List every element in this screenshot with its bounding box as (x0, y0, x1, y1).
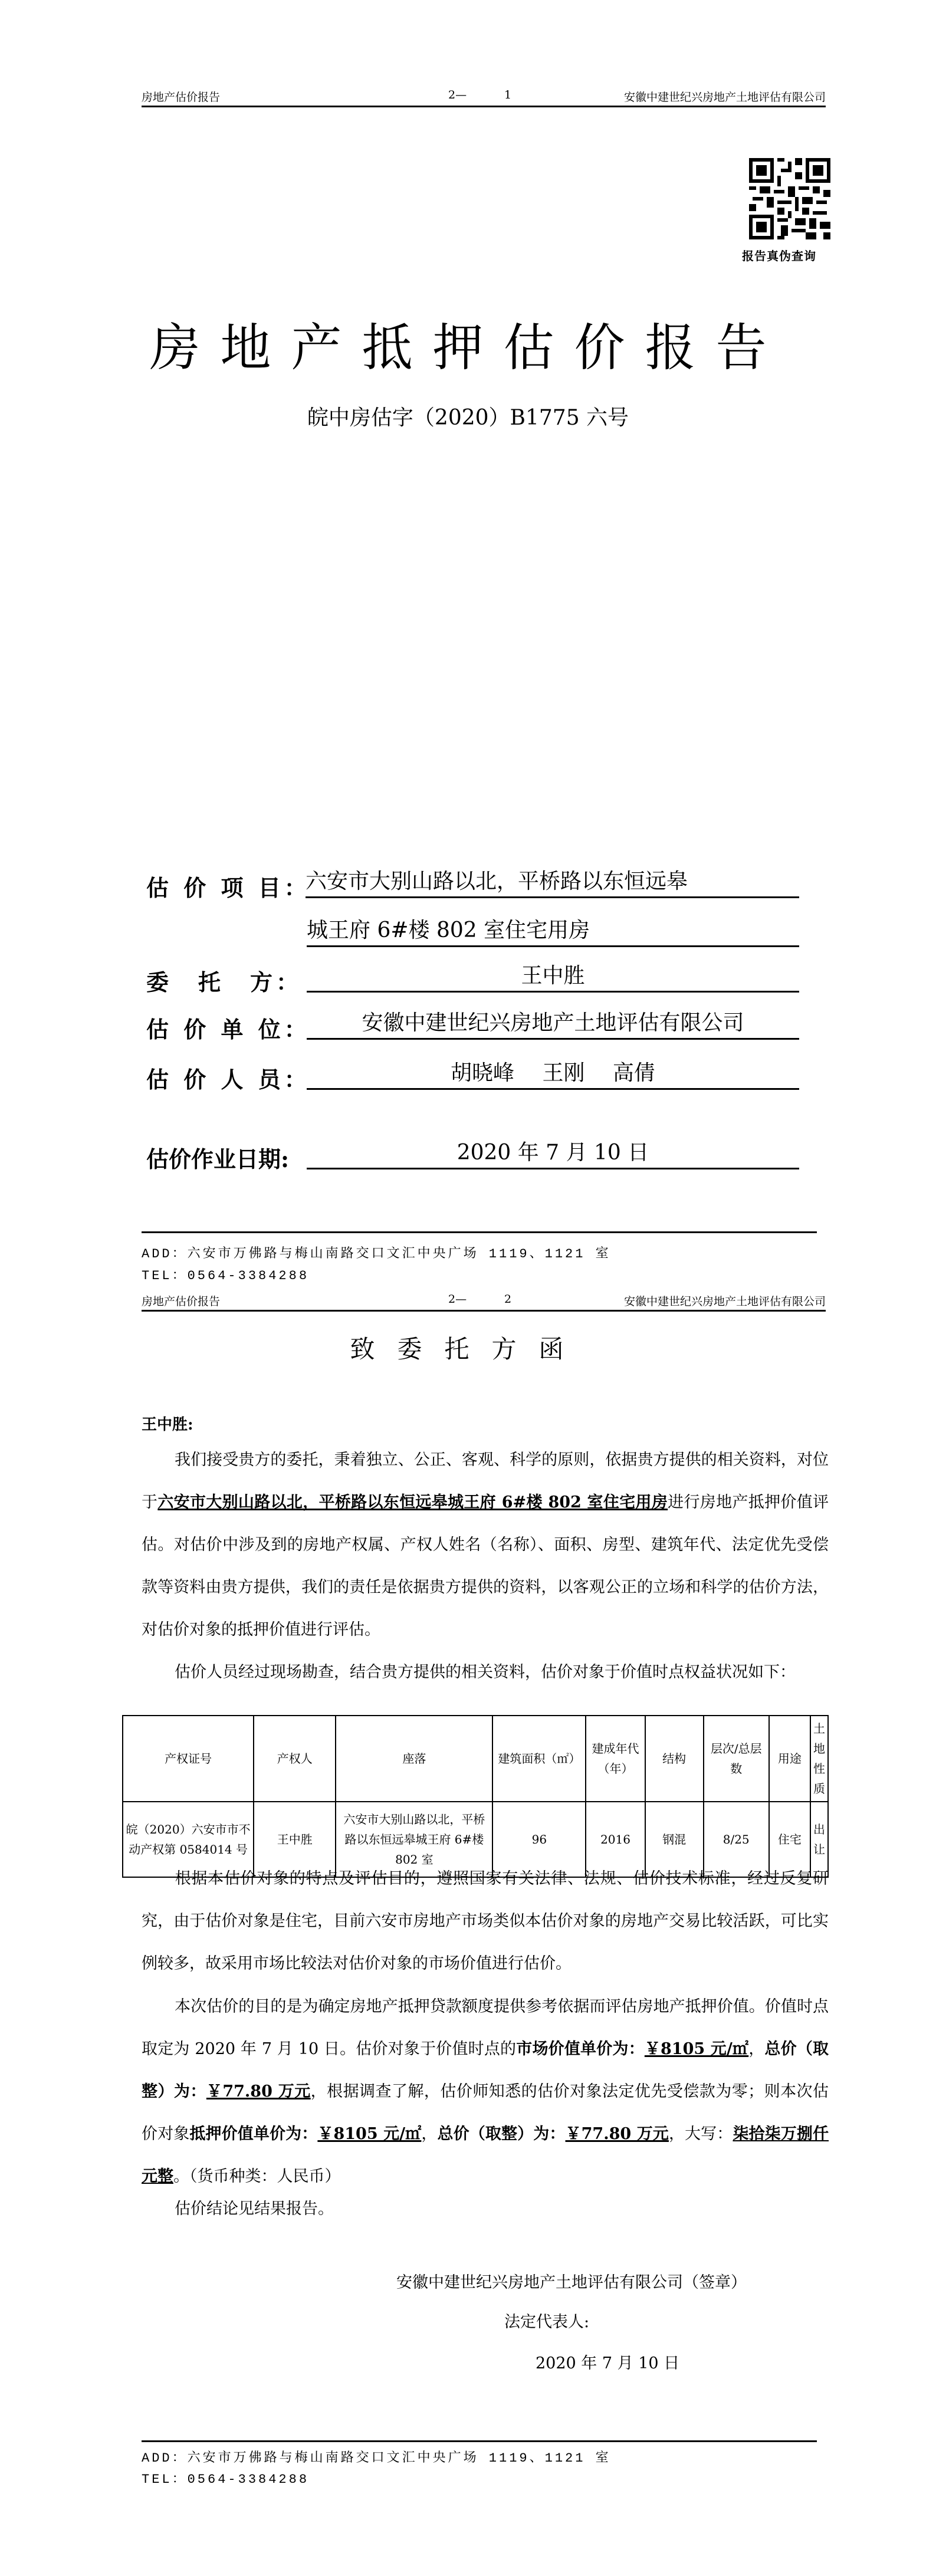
field-label-date: 估价作业日期: (146, 1141, 289, 1174)
header-rule (142, 106, 826, 107)
report-title: 房地产抵押估价报告 (0, 307, 936, 380)
header-company: 安徽中建世纪兴房地产土地评估有限公司 (624, 1293, 826, 1309)
header-page-prefix: 2— (448, 1293, 467, 1306)
mortgage-unit-price: ￥8105 元/㎡ (317, 2125, 421, 2143)
header-rule (142, 1310, 826, 1312)
field-value-date: 2020 年 7 月 10 日 (307, 1138, 799, 1169)
letter-paragraph-5: 估价结论见结果报告。 (142, 2188, 829, 2230)
letter-paragraph-4: 本次估价的目的是为确定房地产抵押贷款额度提供参考依据而评估房地产抵押价值。价值时… (142, 1986, 829, 2198)
header-page-prefix: 2— (448, 88, 467, 101)
page-header: 房地产估价报告 2— 2 安徽中建世纪兴房地产土地评估有限公司 (142, 1290, 826, 1312)
field-label-appraiser-unit: 估 价 单 位： (146, 1011, 310, 1044)
footer-tel: TEL：0564-3384288 (142, 1265, 309, 1283)
header-report-type: 房地产估价报告 (142, 1293, 220, 1309)
col-owner: 产权人 (254, 1716, 336, 1802)
field-label-project: 估 价 项 目： (146, 870, 310, 902)
footer-address: ADD：六安市万佛路与梅山南路交口文汇中央广场 1119、1121 室 (142, 2447, 611, 2466)
col-structure: 结构 (645, 1716, 704, 1802)
footer-rule (142, 2440, 817, 2442)
qr-code-icon[interactable] (749, 158, 830, 239)
col-floor: 层次/总层数 (704, 1716, 769, 1802)
signature-company: 安徽中建世纪兴房地产土地评估有限公司（签章） (396, 2269, 747, 2292)
col-floor-area: 建筑面积（㎡） (492, 1716, 586, 1802)
letter-paragraph-2: 估价人员经过现场勘查，结合贵方提供的相关资料，估价对象于价值时点权益状况如下： (142, 1651, 829, 1694)
report-number: 皖中房估字（2020）B1775 六号 (0, 401, 936, 431)
field-value-appraisers: 胡晓峰 王刚 高倩 (307, 1059, 799, 1090)
letter-paragraph-3: 根据本估价对象的特点及评估目的，遵照国家有关法律、法规、估价技术标准，经过反复研… (142, 1858, 829, 1985)
col-year-built: 建成年代（年） (586, 1716, 645, 1802)
field-value-appraiser-unit: 安徽中建世纪兴房地产土地评估有限公司 (307, 1008, 799, 1040)
field-label-client: 委 托 方： (146, 964, 302, 997)
header-company: 安徽中建世纪兴房地产土地评估有限公司 (624, 88, 826, 104)
col-certificate-no: 产权证号 (123, 1716, 254, 1802)
property-info-table: 产权证号 产权人 座落 建筑面积（㎡） 建成年代（年） 结构 层次/总层数 用途… (122, 1715, 829, 1878)
signature-date: 2020 年 7 月 10 日 (536, 2350, 679, 2373)
market-unit-price: ￥8105 元/㎡ (645, 2040, 748, 2058)
header-page-number: 1 (504, 88, 511, 101)
footer-address: ADD：六安市万佛路与梅山南路交口文汇中央广场 1119、1121 室 (142, 1243, 611, 1261)
field-label-appraisers: 估 价 人 员： (146, 1062, 310, 1094)
signature-legal-rep: 法定代表人: (504, 2309, 589, 2332)
field-value-client: 王中胜 (307, 961, 799, 993)
letter-salutation: 王中胜: (142, 1412, 193, 1434)
page-header: 房地产估价报告 2— 1 安徽中建世纪兴房地产土地评估有限公司 (142, 86, 826, 107)
field-value-project-line1: 六安市大别山路以北，平桥路以东恒远皋 (306, 867, 799, 898)
header-page-number: 2 (504, 1293, 511, 1306)
footer-rule (142, 1231, 817, 1233)
qr-verify-label: 报告真伪查询 (742, 247, 816, 264)
table-header-row: 产权证号 产权人 座落 建筑面积（㎡） 建成年代（年） 结构 层次/总层数 用途… (123, 1716, 828, 1802)
header-report-type: 房地产估价报告 (142, 88, 220, 104)
footer-tel: TEL：0564-3384288 (142, 2469, 309, 2487)
col-land-type: 土地性质 (810, 1716, 828, 1802)
col-location: 座落 (336, 1716, 492, 1802)
mortgage-total-price: ￥77.80 万元 (566, 2125, 669, 2143)
market-total-price: ￥77.80 万元 (206, 2082, 311, 2101)
field-value-project-line2: 城王府 6#楼 802 室住宅用房 (307, 916, 799, 947)
col-usage: 用途 (769, 1716, 810, 1802)
property-address-highlight: 六安市大别山路以北，平桥路以东恒远皋城王府 6#楼 802 室住宅用房 (157, 1493, 668, 1512)
letter-title: 致委托方函 (0, 1330, 936, 1365)
letter-paragraph-1: 我们接受贵方的委托，秉着独立、公正、客观、科学的原则，依据贵方提供的相关资料，对… (142, 1439, 829, 1651)
